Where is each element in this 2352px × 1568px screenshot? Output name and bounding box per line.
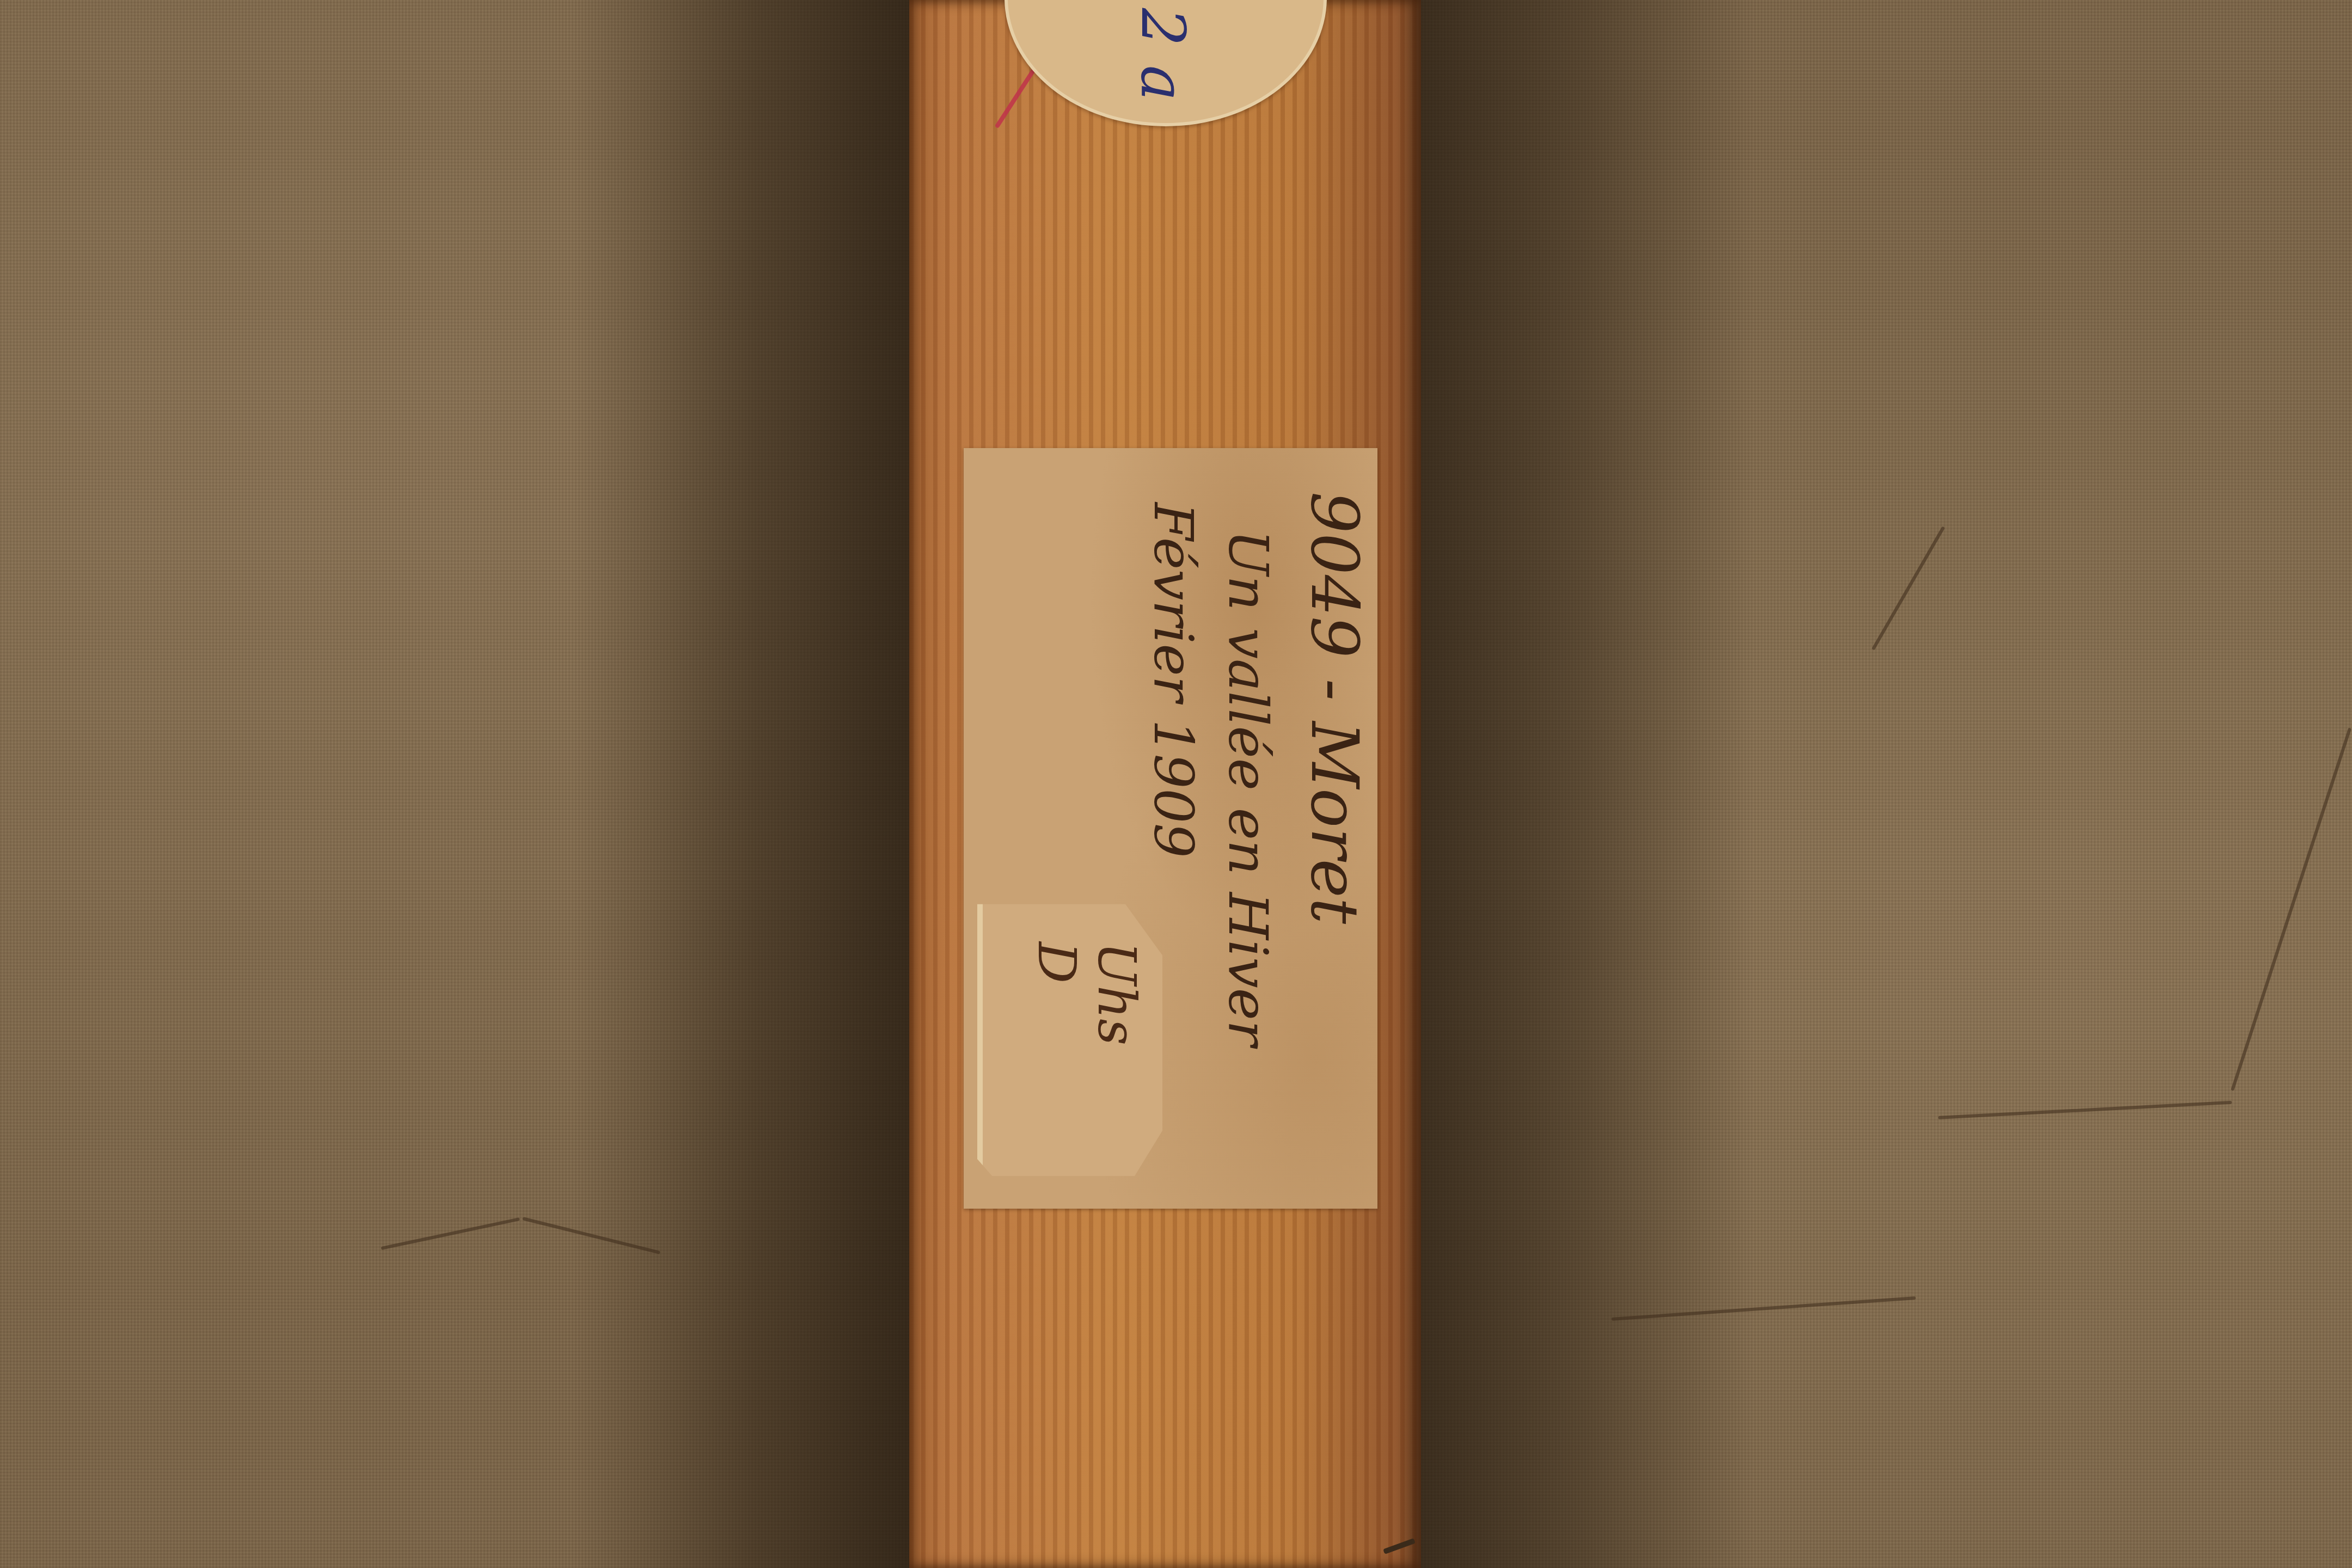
sticker-text: 2 a bbox=[1128, 8, 1198, 101]
shadow-left bbox=[572, 0, 909, 1568]
shadow-right bbox=[1416, 0, 1753, 1568]
patch-text-block: Uhs D bbox=[1004, 942, 1146, 1160]
patch-text-2: D bbox=[1026, 942, 1086, 1160]
paper-patch: Uhs D bbox=[977, 893, 1162, 1176]
label-inventory-number: 9049 - Moret bbox=[1296, 492, 1372, 1189]
patch-text-1: Uhs bbox=[1086, 942, 1146, 1160]
label-title: Un vallée en Hiver bbox=[1216, 530, 1280, 1189]
